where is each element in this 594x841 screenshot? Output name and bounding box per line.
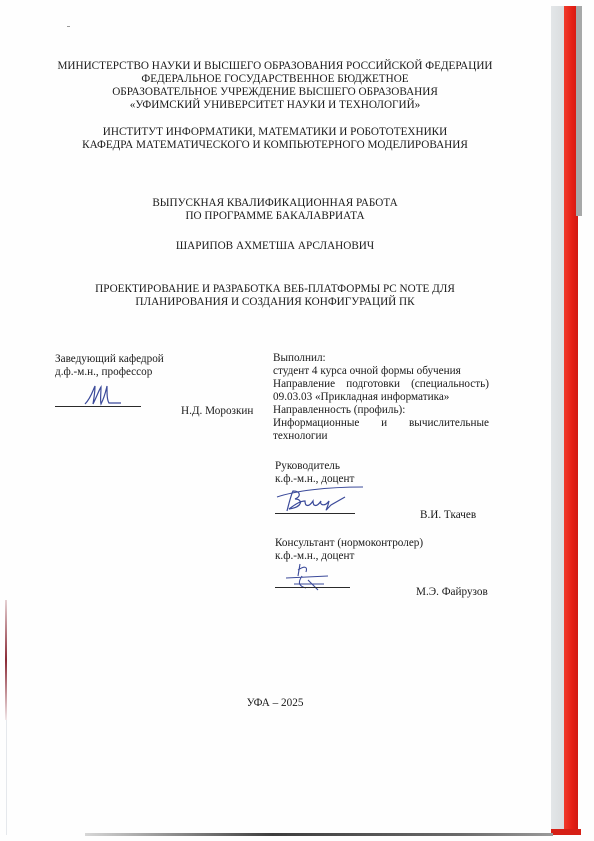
consultant-name: М.Э. Файрузов: [416, 586, 488, 599]
profile-word: и: [381, 417, 387, 430]
city-year: УФА – 2025: [20, 697, 530, 710]
scan-speck: [67, 26, 70, 27]
consultant-block: Консультант (нормоконтролер) к.ф.-м.н., …: [275, 537, 423, 563]
direction-word: (специальность): [411, 378, 489, 391]
head-name: Н.Д. Морозкин: [181, 405, 253, 418]
head-role: Заведующий кафедрой: [55, 353, 185, 366]
head-of-department-block: Заведующий кафедрой д.ф.-м.н., профессор: [55, 353, 185, 379]
direction-value: 09.03.03 «Прикладная информатика»: [273, 391, 489, 404]
supervisor-signature: [275, 485, 365, 513]
university-name: «УФИМСКИЙ УНИВЕРСИТЕТ НАУКИ И ТЕХНОЛОГИЙ…: [20, 99, 530, 112]
profile-value: Информационные и вычислительные: [273, 417, 489, 430]
work-type-line: ПО ПРОГРАММЕ БАКАЛАВРИАТА: [20, 210, 530, 223]
thesis-title-line: ПРОЕКТИРОВАНИЕ И РАЗРАБОТКА ВЕБ-ПЛАТФОРМ…: [20, 283, 530, 296]
binding-bottom-edge: [551, 829, 581, 835]
page-bottom-shadow: [85, 833, 553, 836]
author-name: ШАРИПОВ АХМЕТША АРСЛАНОВИЧ: [20, 240, 530, 253]
thesis-title: ПРОЕКТИРОВАНИЕ И РАЗРАБОТКА ВЕБ-ПЛАТФОРМ…: [20, 283, 530, 309]
supervisor-signature-line: [275, 513, 355, 514]
direction-label: Направление подготовки (специальность): [273, 378, 489, 391]
work-type-line: ВЫПУСКНАЯ КВАЛИФИКАЦИОННАЯ РАБОТА: [20, 197, 530, 210]
page-left-edge: [5, 600, 7, 720]
thesis-title-line: ПЛАНИРОВАНИЯ И СОЗДАНИЯ КОНФИГУРАЦИЙ ПК: [20, 296, 530, 309]
ministry-line: МИНИСТЕРСТВО НАУКИ И ВЫСШЕГО ОБРАЗОВАНИЯ…: [20, 60, 530, 73]
department-name: КАФЕДРА МАТЕМАТИЧЕСКОГО И КОМПЬЮТЕРНОГО …: [20, 139, 530, 152]
page-left-edge-light: [6, 720, 7, 835]
performer-label: Выполнил:: [273, 352, 489, 365]
direction-word: Направление: [273, 378, 335, 391]
profile-value-tail: технологии: [273, 430, 489, 443]
head-signature: [83, 384, 123, 406]
profile-word: Информационные: [273, 417, 359, 430]
institute-name: ИНСТИТУТ ИНФОРМАТИКИ, МАТЕМАТИКИ И РОБОТ…: [20, 126, 530, 139]
ministry-line: ФЕДЕРАЛЬНОЕ ГОСУДАРСТВЕННОЕ БЮДЖЕТНОЕ: [20, 73, 530, 86]
supervisor-role: Руководитель: [275, 460, 354, 473]
binding-strip-grey: [576, 6, 582, 216]
supervisor-block: Руководитель к.ф.-м.н., доцент: [275, 460, 354, 486]
author-name-text: ШАРИПОВ АХМЕТША АРСЛАНОВИЧ: [20, 240, 530, 253]
profile-word: вычислительные: [409, 417, 489, 430]
city-year-text: УФА – 2025: [20, 697, 530, 710]
thesis-title-page: МИНИСТЕРСТВО НАУКИ И ВЫСШЕГО ОБРАЗОВАНИЯ…: [0, 0, 594, 841]
work-type: ВЫПУСКНАЯ КВАЛИФИКАЦИОННАЯ РАБОТА ПО ПРО…: [20, 197, 530, 223]
performer-status: студент 4 курса очной формы обучения: [273, 365, 489, 378]
binding-strip-light: [551, 6, 565, 835]
consultant-role: Консультант (нормоконтролер): [275, 537, 423, 550]
direction-word: подготовки: [346, 378, 400, 391]
ministry-header: МИНИСТЕРСТВО НАУКИ И ВЫСШЕГО ОБРАЗОВАНИЯ…: [20, 60, 530, 112]
head-signature-line: [55, 406, 141, 407]
profile-label: Направленность (профиль):: [273, 404, 489, 417]
supervisor-name: В.И. Ткачев: [420, 509, 476, 522]
head-degree: д.ф.-м.н., профессор: [55, 366, 185, 379]
ministry-line: ОБРАЗОВАТЕЛЬНОЕ УЧРЕЖДЕНИЕ ВЫСШЕГО ОБРАЗ…: [20, 86, 530, 99]
institute-header: ИНСТИТУТ ИНФОРМАТИКИ, МАТЕМАТИКИ И РОБОТ…: [20, 126, 530, 152]
consultant-signature-line: [275, 587, 350, 588]
performer-block: Выполнил: студент 4 курса очной формы об…: [273, 352, 489, 443]
